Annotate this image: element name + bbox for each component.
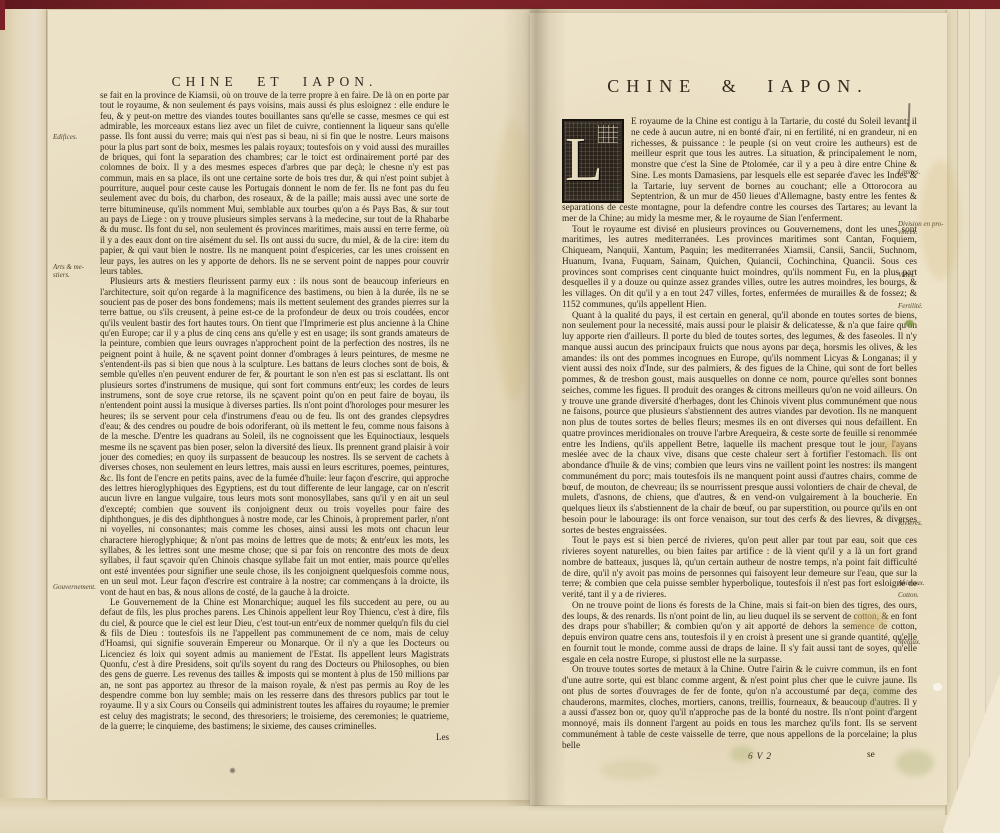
right-page-edges bbox=[945, 10, 1000, 815]
signature-row: 6V2 se bbox=[562, 752, 917, 766]
paragraph-division-provinces: Tout le royaume est divisé en plusieurs … bbox=[562, 225, 917, 311]
paragraph-metaux: On trouve toutes sortes de metaux à la C… bbox=[562, 665, 917, 751]
margin-note-edifices: Edifices. bbox=[53, 133, 97, 141]
margin-note-arts-mestiers: Arts & me- stiers. bbox=[53, 263, 97, 279]
catchword: Les bbox=[100, 732, 449, 742]
paragraph-fertilite: Quant à la qualité du pays, il est certa… bbox=[562, 311, 917, 537]
catchword: se bbox=[867, 750, 875, 761]
paragraph-gouvernement: Le Gouvernement de la Chine est Monarchi… bbox=[100, 597, 449, 731]
right-running-title: CHINE & IAPON. bbox=[558, 76, 918, 97]
red-cover-edge bbox=[0, 0, 1000, 9]
left-text-block: se fait en la province de Kiamsii, où on… bbox=[100, 90, 449, 743]
paragraph-limites: L E royaume de la Chine est contigu à la… bbox=[562, 117, 917, 225]
paragraph-rivieres: Tout le pays est si bien percé de rivier… bbox=[562, 536, 917, 601]
gathering-signature: 6V2 bbox=[748, 752, 775, 763]
drop-cap-letter: L bbox=[565, 121, 603, 199]
right-page: CHINE & IAPON. Limites. Division en pro-… bbox=[530, 13, 947, 805]
book-spread-photo: CHINE ET IAPON. Edifices. Arts & me- sti… bbox=[0, 0, 1000, 833]
margin-note-gouvernement: Gouvernement. bbox=[53, 583, 97, 591]
paragraph-porcelain-continuation: se fait en la province de Kiamsii, où on… bbox=[100, 90, 449, 276]
paragraph-animaux-cotton: On ne trouve point de lions és forests d… bbox=[562, 601, 917, 666]
left-page-edges bbox=[0, 8, 50, 833]
left-page: CHINE ET IAPON. Edifices. Arts & me- sti… bbox=[48, 10, 530, 800]
woodcut-initial-L: L bbox=[562, 119, 624, 203]
red-cover-corner bbox=[0, 0, 5, 30]
left-running-title: CHINE ET IAPON. bbox=[100, 74, 449, 90]
paragraph-arts-mestiers: Plusieurs arts & mestiers fleurissent pa… bbox=[100, 276, 449, 597]
right-text-block: L E royaume de la Chine est contigu à la… bbox=[562, 117, 917, 766]
